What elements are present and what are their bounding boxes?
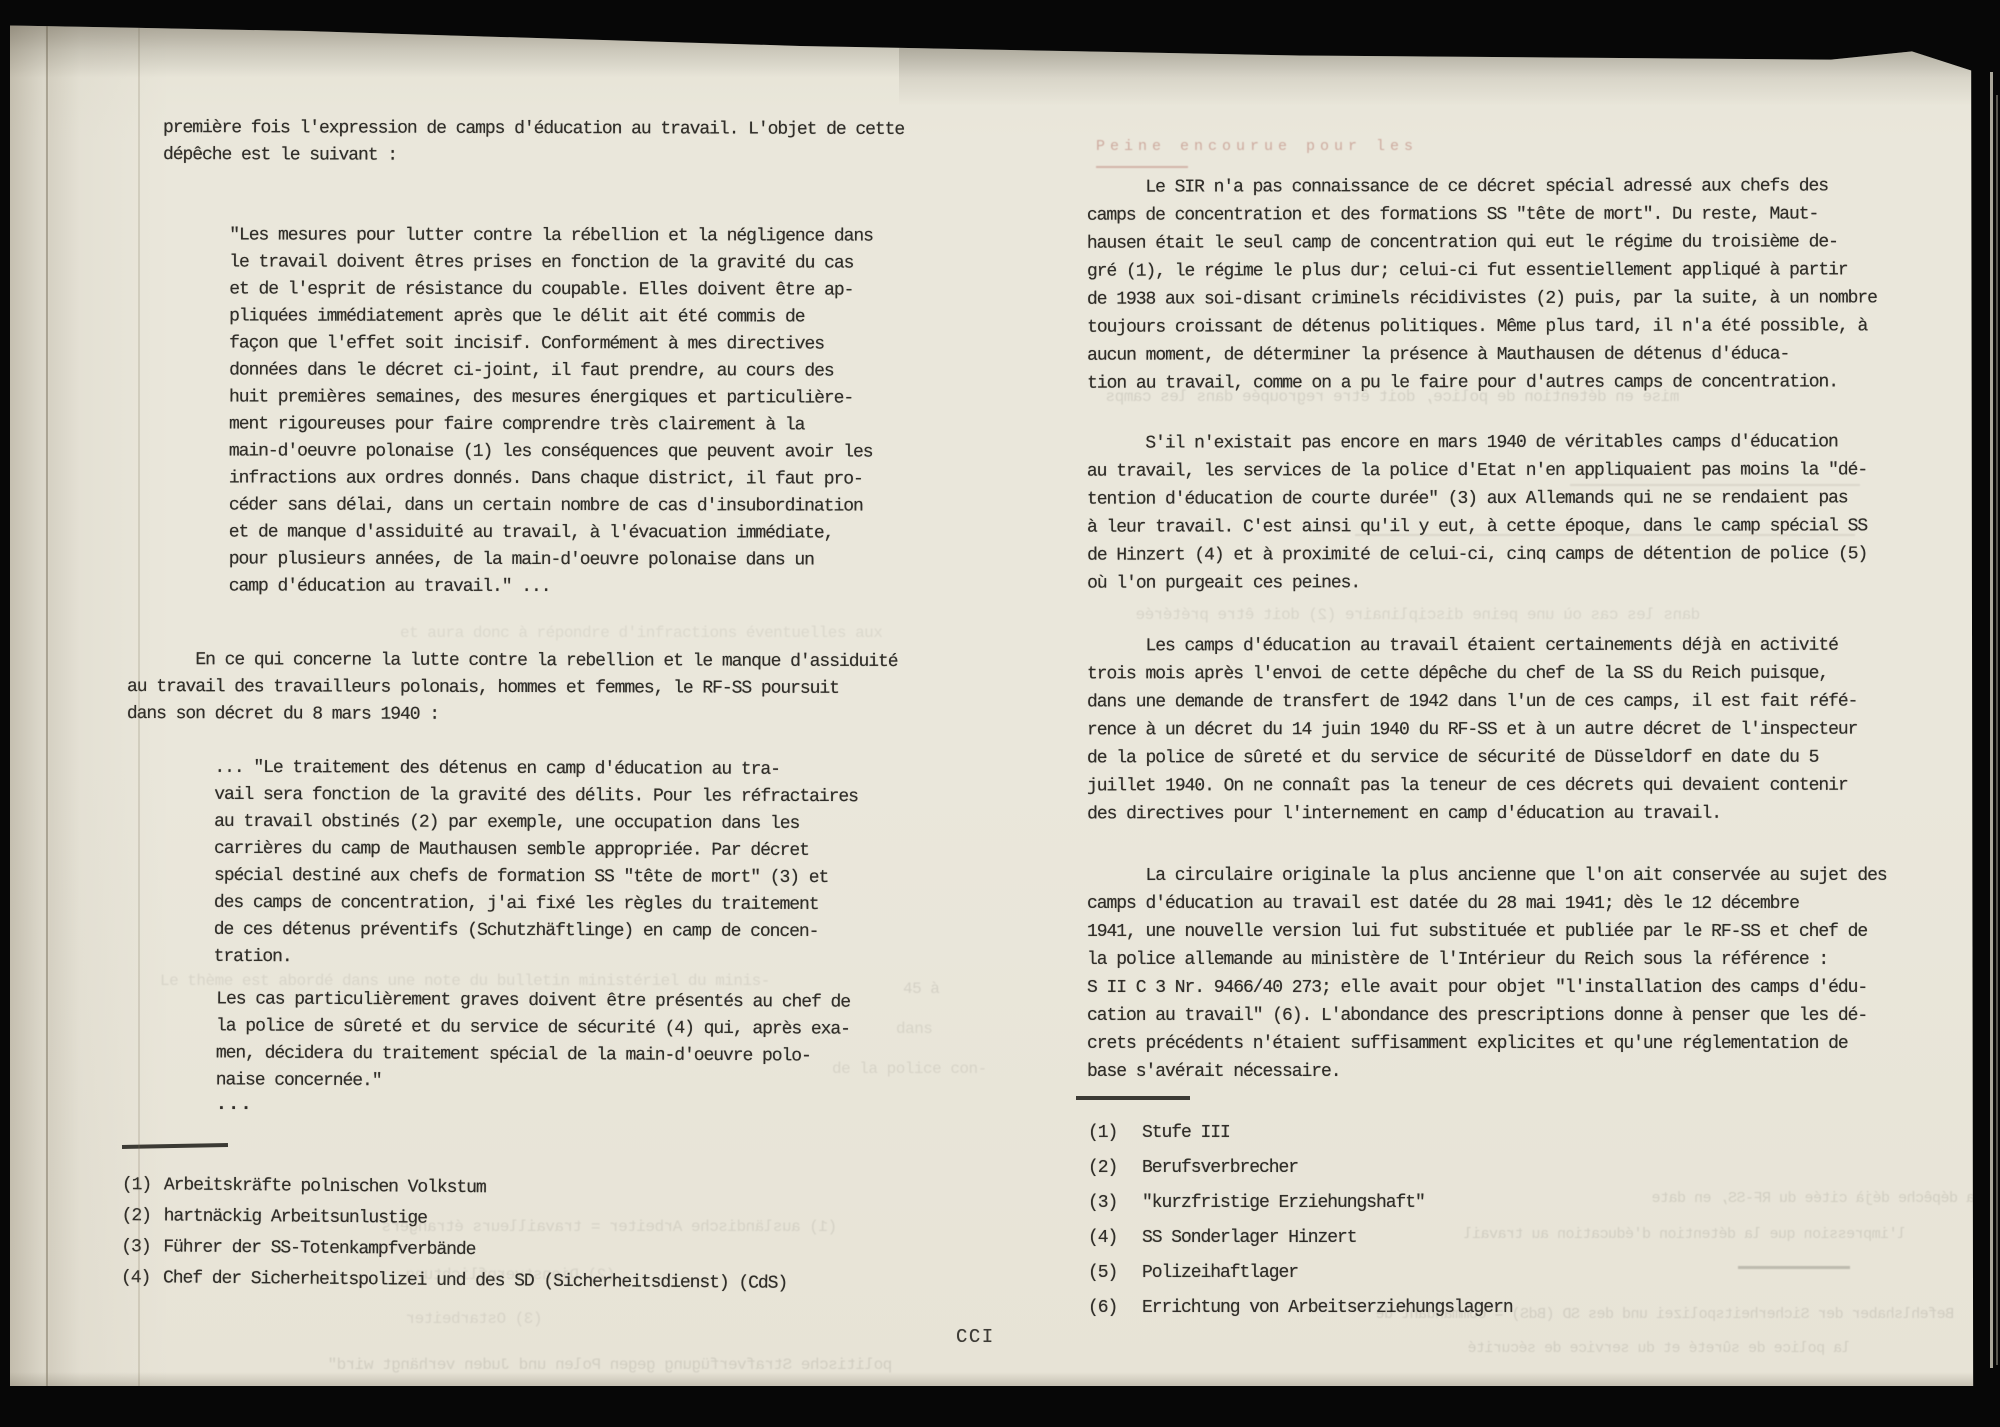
left-page-ellipsis: ... [216, 1092, 253, 1119]
footnote-number: (2) [1088, 1155, 1142, 1182]
page-stack-edge [1990, 72, 1993, 1368]
footnote-row: (2) Berufsverbrecher [1088, 1155, 1513, 1182]
footnote-text: Arbeitskräfte polnischen Volkstum [164, 1172, 486, 1202]
footnote-row: (1) Stufe III [1088, 1120, 1513, 1147]
footnote-row: (3) Führer der SS-Totenkampfverbände [121, 1234, 787, 1267]
footnote-number: (3) [1088, 1190, 1142, 1217]
ghost-footnote-separator [1738, 1266, 1850, 1269]
footnote-text: Berufsverbrecher [1142, 1155, 1298, 1182]
page-number: CCI [956, 1326, 995, 1348]
footnote-text: Polizeihaftlager [1142, 1260, 1298, 1287]
book-page-spread: et aura donc à répondre d'infractions év… [10, 20, 1985, 1386]
footnote-row: (1) Arbeitskräfte polnischen Volkstum [122, 1172, 788, 1205]
footnote-number: (5) [1088, 1260, 1142, 1287]
footnote-row: (3) "kurzfristige Erziehungshaft" [1088, 1190, 1513, 1217]
scanned-book-spread: { "page_number": "CCI", "left_page": { "… [0, 0, 2000, 1427]
underpage-edge-line [138, 28, 140, 1386]
footnote-text: Stufe III [1142, 1120, 1230, 1147]
left-page-blockquote-1: "Les mesures pour lutter contre la rébel… [229, 222, 873, 601]
footnote-text: Führer der SS-Totenkampfverbände [163, 1234, 475, 1264]
ghost-underline [1096, 166, 1188, 168]
footnote-row: (4) SS Sonderlager Hinzert [1088, 1225, 1513, 1252]
right-page-paragraph-1: Le SIR n'a pas connaissance de ce décret… [1087, 172, 1877, 397]
footnote-row: (6) Errichtung von Arbeitserziehungslage… [1088, 1295, 1513, 1322]
left-page-blockquote-2a: ... "Le traitement des détenus en camp d… [214, 755, 858, 973]
right-page-paragraph-4: La circulaire originale la plus ancienne… [1087, 862, 1887, 1086]
footnote-text: Errichtung von Arbeitserziehungslagern [1142, 1295, 1513, 1322]
footnote-text: hartnäckig Arbeitsunlustige [163, 1203, 427, 1232]
footnote-row: (4) Chef der Sicherheitspolizei und des … [121, 1265, 787, 1298]
left-page-footnotes: (1) Arbeitskräfte polnischen Volkstum (2… [121, 1172, 788, 1302]
ghost-bleedthrough-text: et aura donc à répondre d'infractions év… [400, 620, 882, 646]
footnote-number: (4) [1088, 1225, 1142, 1252]
footnote-text: Chef der Sicherheitspolizei und des SD (… [163, 1265, 787, 1297]
footnote-number: (6) [1088, 1295, 1142, 1322]
footnote-text: SS Sonderlager Hinzert [1142, 1225, 1357, 1252]
gutter-shadow [10, 20, 170, 1386]
right-page-footnotes: (1) Stufe III (2) Berufsverbrecher (3) "… [1088, 1120, 1513, 1330]
footnote-row: (5) Polizeihaftlager [1088, 1260, 1513, 1287]
ghost-bleedthrough-text: 45 à [903, 976, 939, 1002]
page-stack-edge [1996, 95, 1998, 1365]
bottom-edge-shadow [10, 1372, 1985, 1386]
footnote-number: (1) [1088, 1120, 1142, 1147]
right-page-paragraph-2: S'il n'existait pas encore en mars 1940 … [1087, 428, 1867, 597]
ghost-bleedthrough-text: dans [896, 1016, 932, 1042]
ghost-bleedthrough-text: la police de sûreté et du service de séc… [1468, 1336, 1851, 1362]
gutter-crease-line [46, 20, 48, 1386]
left-page-blockquote-2b: Les cas particulièrement graves doivent … [216, 986, 850, 1097]
ghost-heading-pink: Peine encourue pour les [1096, 138, 1418, 155]
right-footnote-separator [1076, 1096, 1190, 1100]
footnote-text: "kurzfristige Erziehungshaft" [1142, 1190, 1425, 1217]
right-page-paragraph-3: Les camps d'éducation au travail étaient… [1087, 632, 1858, 829]
ghost-bleedthrough-text: (3) Ostarbeiter [406, 1306, 543, 1332]
ghost-bleedthrough-text: l'impression que la détention d'éducatio… [1464, 1222, 1906, 1248]
left-page-intro-paragraph: première fois l'expression de camps d'éd… [163, 115, 904, 171]
ghost-bleedthrough-text: de la police con- [832, 1056, 987, 1082]
left-page-paragraph-2: En ce qui concerne la lutte contre la re… [127, 647, 898, 730]
footnote-row: (2) hartnäckig Arbeitsunlustige [121, 1203, 787, 1236]
top-edge-shadow-right [899, 20, 1985, 115]
ghost-bleedthrough-text: La dépêche déjà citée du RF-SS, en date [1652, 1186, 1984, 1212]
ghost-bleedthrough-text: dans les cas où une peine disciplinaire … [1136, 602, 1700, 628]
